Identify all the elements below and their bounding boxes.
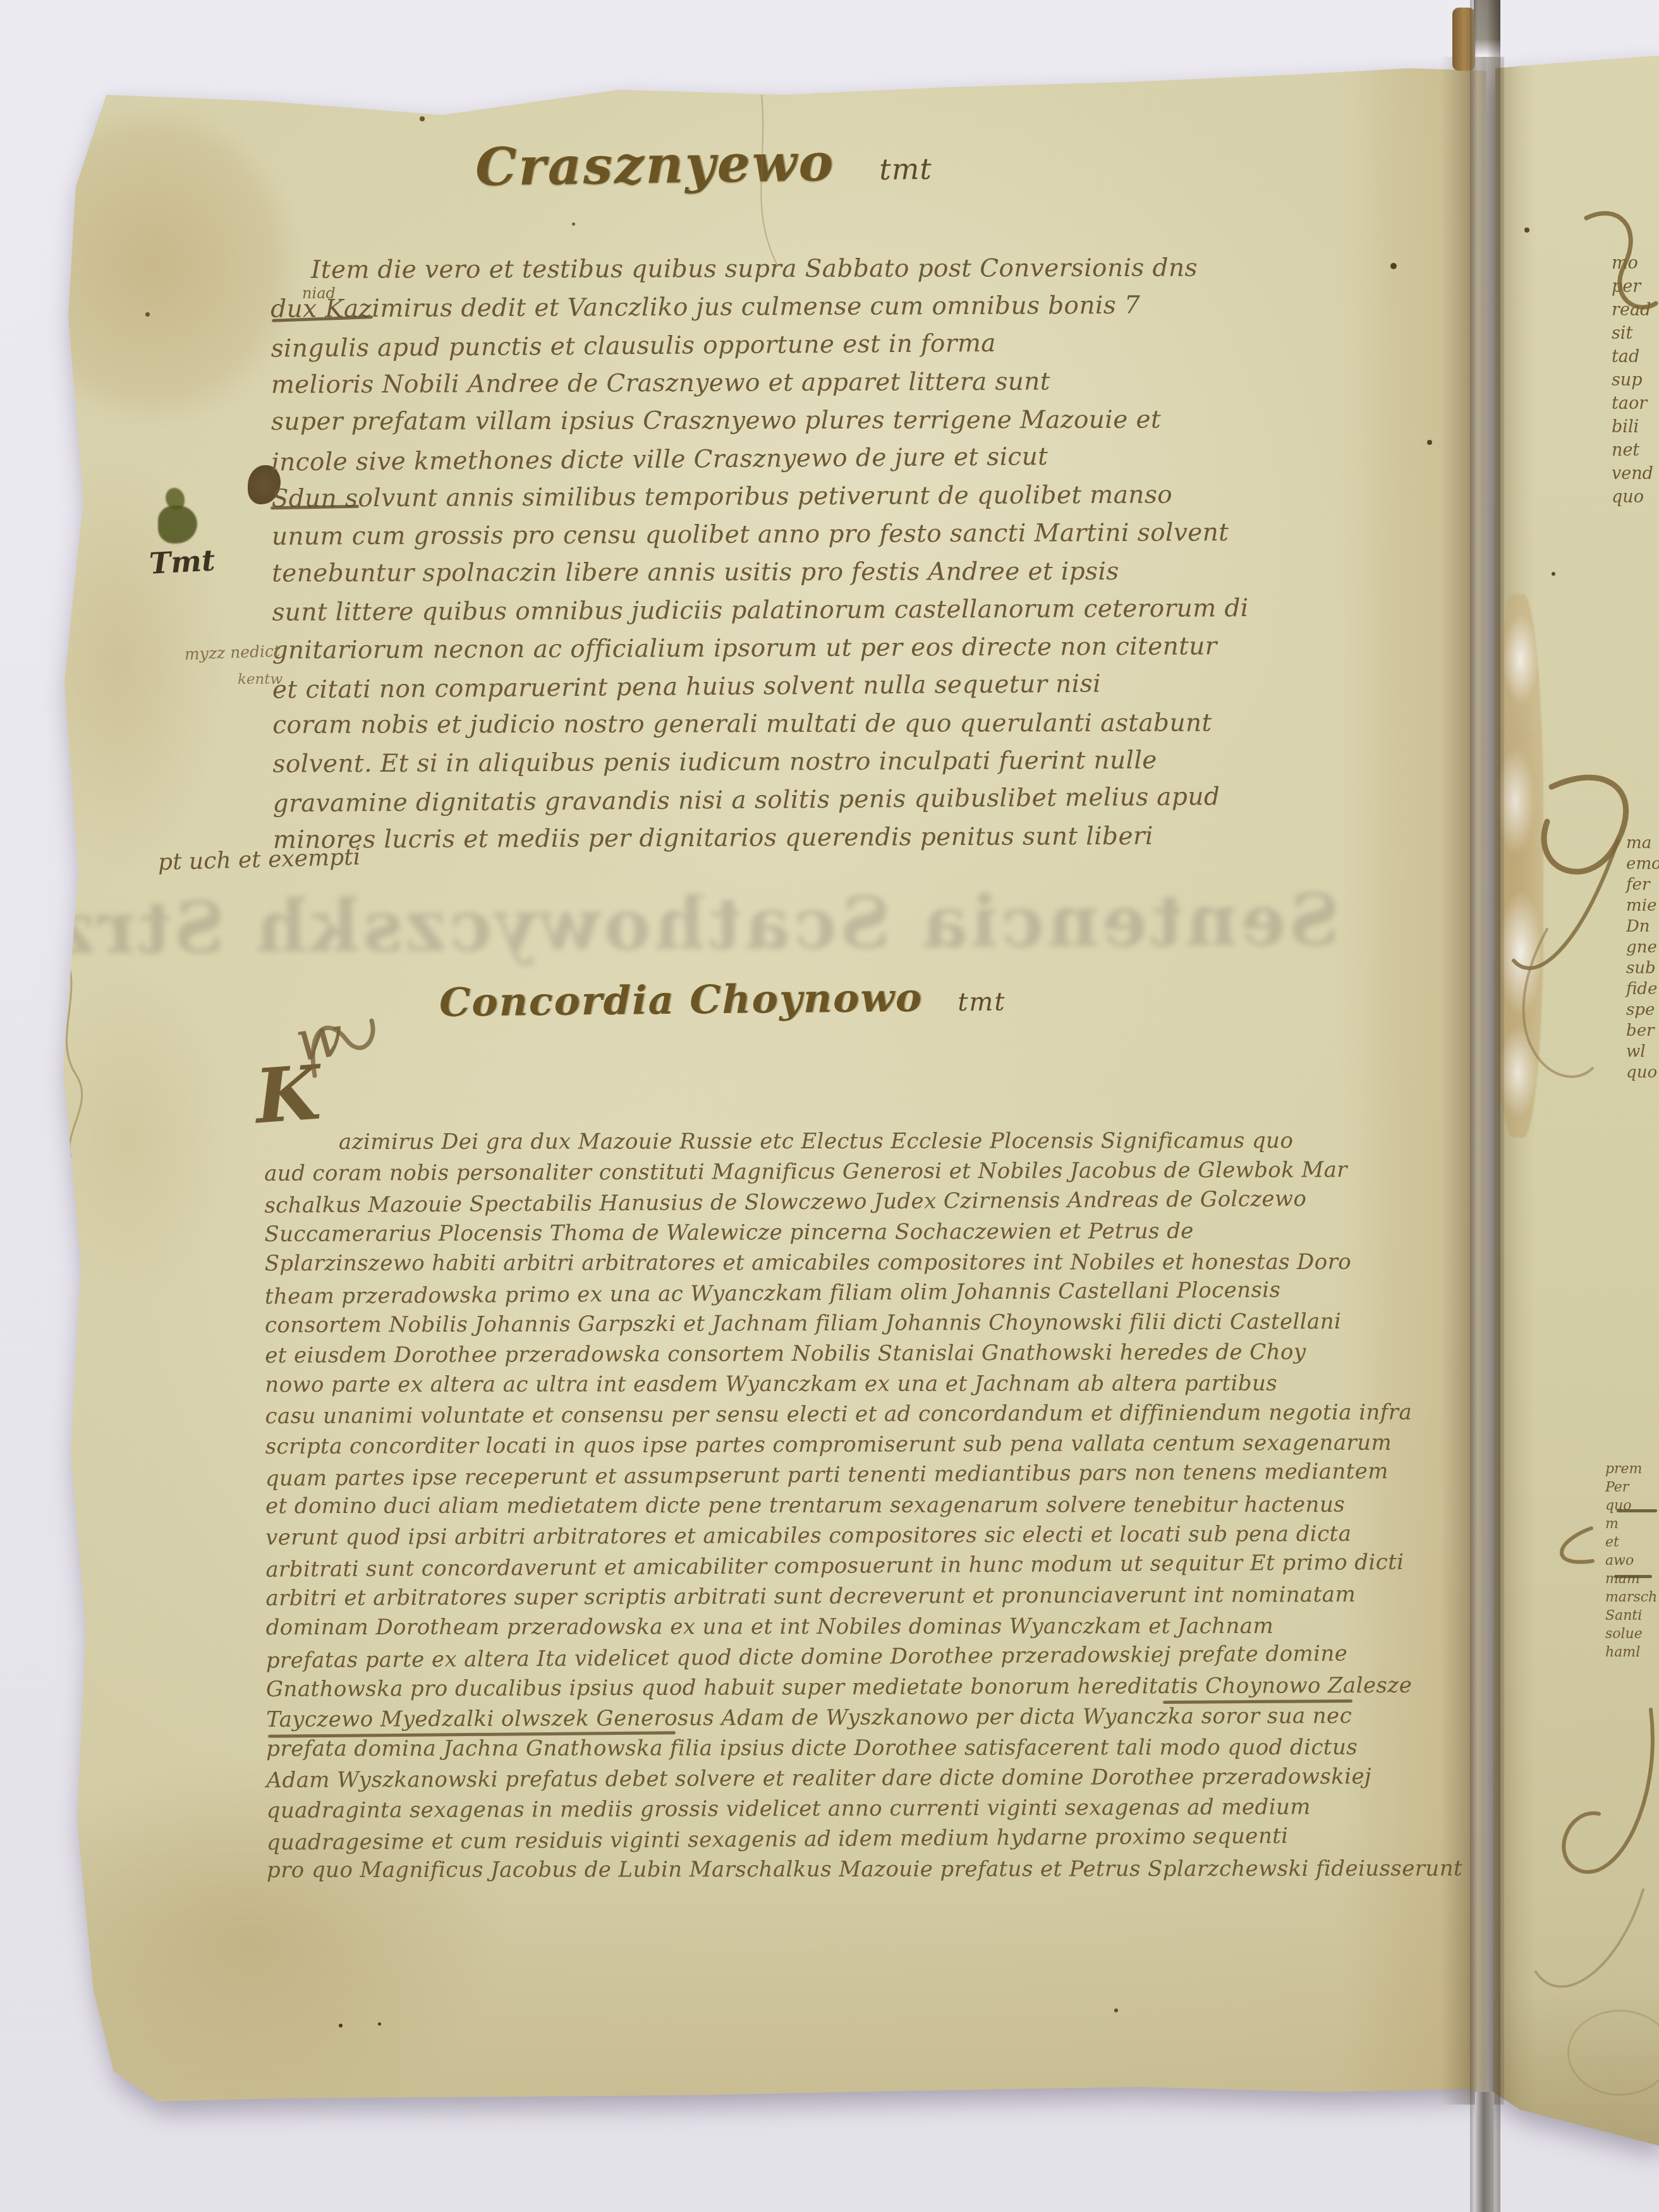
manuscript-line: arbitri et arbitratores super scriptis a…	[265, 1579, 1356, 1613]
margin-note-tmt: Tmt	[149, 543, 216, 580]
bleed-through-heading: Sentencia Scathowyczskh Strzem	[202, 878, 1340, 969]
manuscript-line: singulis apud punctis et clausulis oppor…	[270, 322, 1358, 368]
manuscript-line: nowo parte ex altera ac ultra int easdem…	[265, 1368, 1355, 1400]
flourish-stroke	[1544, 777, 1626, 872]
manuscript-line: consortem Nobilis Johannis Garpszki et J…	[265, 1306, 1355, 1340]
paragraph-1: Item die vero et testibus quibus supra S…	[270, 248, 1360, 859]
speck	[1524, 228, 1529, 233]
speck	[572, 222, 575, 226]
manuscript-line: Sdun solvunt annis similibus temporibus …	[271, 475, 1358, 518]
heading1-text: Crasznyewo	[475, 132, 835, 198]
manuscript-line: schalkus Mazouie Spectabilis Hanusius de…	[264, 1183, 1354, 1220]
manuscript-line: melioris Nobili Andree de Crasznyewo et …	[271, 362, 1358, 404]
fragment-line: solue	[1605, 1625, 1657, 1643]
manuscript-line: gnitariorum necnon ac officialium ipsoru…	[272, 627, 1359, 670]
speck	[145, 312, 150, 317]
manuscript-line: theam przeradowska primo ex una ac Wyanc…	[265, 1274, 1355, 1311]
manuscript-line: prefatas parte ex altera Ita videlicet q…	[266, 1638, 1356, 1675]
margin-small-note-line2: kentw	[238, 671, 283, 688]
facing-text-fragments-bottom: premPerquometawomammarschSantisoluehaml	[1605, 1460, 1657, 1662]
manuscript-line: Adam Wyszkanowski prefatus debet solvere…	[266, 1761, 1356, 1796]
fragment-line: read	[1612, 298, 1653, 322]
fragment-line: sup	[1612, 368, 1653, 392]
manuscript-line: et domino duci aliam medietatem dicte pe…	[265, 1490, 1356, 1521]
fragment-line: mo	[1612, 252, 1653, 275]
manuscript-line: dux Kazimirus dedit et Vanczliko jus cul…	[270, 286, 1358, 329]
speck	[1552, 572, 1555, 576]
ink-blot-olive	[158, 506, 197, 544]
fragment-line: Dn	[1626, 916, 1659, 937]
strikethrough-mark	[1614, 1575, 1652, 1578]
manuscript-line: Splarzinszewo habiti arbitri arbitratore…	[265, 1247, 1355, 1279]
paragraph-1-closing: pt uch et exempti	[158, 844, 361, 875]
interlinear-correction: niad	[302, 284, 336, 302]
manuscript-line: prefata domina Jachna Gnathowska filia i…	[266, 1732, 1356, 1764]
flourish-stroke	[1562, 1528, 1593, 1562]
heading2-text: Concordia Choynowo	[439, 975, 923, 1026]
speck	[378, 2022, 381, 2026]
glass-restraint-strip	[1470, 0, 1500, 2212]
flourish-stroke	[61, 948, 82, 1157]
paragraph-2: azimirus Dei gra dux Mazouie Russie etc …	[264, 1124, 1357, 1887]
fragment-line: fer	[1626, 875, 1659, 896]
flourish-stroke	[1536, 1890, 1643, 1986]
margin-small-note-line1: myzz nedict	[185, 641, 281, 663]
manuscript-line: Gnathowska pro ducalibus ipsius quod hab…	[266, 1670, 1356, 1705]
section-heading-concordia: Concordia Choynowotmt	[439, 973, 1006, 1025]
manuscript-line: sunt littere quibus omnibus judiciis pal…	[272, 589, 1359, 632]
manuscript-line: quadraginta sexagenas in mediis grossis …	[267, 1792, 1357, 1826]
manuscript-line: quam partes ipse receperunt et assumpser…	[265, 1456, 1356, 1493]
fragment-line: gne	[1626, 937, 1659, 958]
fragment-line: tad	[1612, 345, 1653, 368]
facing-bottom-shade	[1492, 1991, 1659, 2149]
heading1-annotation: tmt	[879, 152, 932, 186]
manuscript-photo: Sentencia Scathowyczskh Strzem Crasznyew…	[0, 0, 1659, 2212]
flourish-stroke	[1514, 841, 1618, 968]
manuscript-line: coram nobis et judicio nostro generali m…	[272, 704, 1359, 744]
fragment-line: ma	[1626, 833, 1659, 854]
manuscript-left-page: Sentencia Scathowyczskh Strzem Crasznyew…	[0, 0, 1659, 2212]
manuscript-line: casu unanimi voluntate et consensu per s…	[265, 1397, 1355, 1431]
glass-strip-bottom	[1475, 2092, 1494, 2212]
fragment-line: bili	[1612, 415, 1653, 439]
manuscript-line: pro quo Magnificus Jacobus de Lubin Mars…	[267, 1854, 1357, 1885]
fragment-line: spe	[1626, 1000, 1659, 1021]
fragment-line: quo	[1626, 1062, 1659, 1083]
manuscript-line: Tayczewo Myedzalki olwszek Generosus Ada…	[266, 1701, 1356, 1735]
manuscript-line: incole sive kmethones dicte ville Craszn…	[271, 436, 1358, 482]
fragment-line: quo	[1612, 485, 1653, 509]
facing-text-fragments-middle: maemofermieDngnesubfidespeberwlquo	[1626, 833, 1659, 1083]
manuscript-line: gravamine dignitatis gravandis nisi a so…	[273, 777, 1360, 823]
manuscript-line: et eiusdem Dorothee przeradowska consort…	[265, 1337, 1355, 1371]
stain-left-mid	[44, 916, 284, 1359]
flourish-stroke	[1524, 929, 1593, 1077]
fragment-line: marsch	[1605, 1588, 1657, 1607]
fragment-line: haml	[1605, 1643, 1657, 1662]
manuscript-line: et citati non comparuerint pena huius so…	[272, 664, 1359, 710]
fragment-line: vend	[1612, 462, 1653, 485]
fragment-line: sit	[1612, 322, 1653, 345]
manuscript-line: minores lucris et mediis per dignitarios…	[273, 817, 1360, 860]
manuscript-line: unum cum grossis pro censu quolibet anno…	[272, 513, 1359, 556]
manuscript-line: dominam Dorotheam przeradowska ex una et…	[266, 1611, 1356, 1643]
flourish-stroke	[1564, 1710, 1653, 1872]
fragment-line: Per	[1605, 1478, 1657, 1497]
fragment-line: emo	[1626, 854, 1659, 875]
fragment-line: ber	[1626, 1021, 1659, 1042]
manuscript-line: quadragesime et cum residuis viginti sex…	[267, 1820, 1357, 1857]
fragment-line: awo	[1605, 1552, 1657, 1570]
manuscript-line: Succamerarius Plocensis Thoma de Walewic…	[264, 1215, 1354, 1249]
strikethrough-mark	[1617, 1509, 1657, 1512]
fragment-line: Santi	[1605, 1607, 1657, 1625]
speck	[420, 116, 425, 121]
speck	[339, 2024, 343, 2027]
fragment-line: net	[1612, 439, 1653, 462]
manuscript-line: solvent. Et si in aliquibus penis iudicu…	[272, 741, 1359, 784]
fragment-line: mie	[1626, 896, 1659, 916]
section-heading-crasznyewo: Crasznyewotmt	[475, 131, 932, 198]
fragment-line: et	[1605, 1533, 1657, 1552]
heading2-annotation: tmt	[957, 987, 1006, 1017]
manuscript-line: aud coram nobis personaliter constituti …	[264, 1155, 1354, 1189]
fragment-line: fide	[1626, 979, 1659, 1000]
fragment-line: wl	[1626, 1042, 1659, 1062]
speck	[1114, 2008, 1118, 2012]
faint-ring-mark	[1567, 2010, 1659, 2096]
manuscript-line: Item die vero et testibus quibus supra S…	[270, 249, 1358, 289]
fragment-line: taor	[1612, 392, 1653, 415]
fragment-line: sub	[1626, 958, 1659, 979]
speck	[1390, 263, 1397, 269]
open-book: Sentencia Scathowyczskh Strzem Crasznyew…	[0, 0, 1659, 2212]
facing-text-fragments-top: moperreadsittadsuptaorbilinetvendquo	[1612, 252, 1653, 509]
fragment-line: prem	[1605, 1460, 1657, 1478]
manuscript-line: verunt quod ipsi arbitri arbitratores et…	[265, 1519, 1356, 1553]
speck	[1427, 440, 1432, 445]
manuscript-line: tenebuntur spolnaczin libere annis usiti…	[272, 552, 1359, 593]
manuscript-line: scripta concorditer locati in quos ipse …	[265, 1428, 1356, 1462]
fragment-line: per	[1612, 275, 1653, 298]
manuscript-line: azimirus Dei gra dux Mazouie Russie etc …	[264, 1126, 1354, 1157]
manuscript-line: arbitrati sunt concordaverunt et amicabi…	[265, 1547, 1356, 1584]
fragment-line: mam	[1605, 1570, 1657, 1588]
manuscript-line: super prefatam villam ipsius Crasznyewo …	[271, 401, 1358, 441]
fragment-line: m	[1605, 1515, 1657, 1533]
